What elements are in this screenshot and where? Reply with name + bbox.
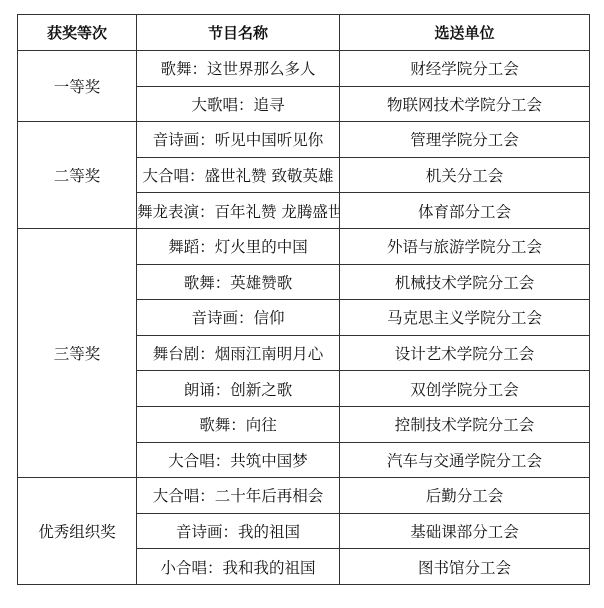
unit-cell: 财经学院分工会: [340, 51, 590, 87]
unit-cell: 物联网技术学院分工会: [340, 86, 590, 122]
program-cell: 歌舞：这世界那么多人: [137, 51, 340, 87]
program-cell: 朗诵：创新之歌: [137, 371, 340, 407]
program-cell: 舞蹈：灯火里的中国: [137, 228, 340, 264]
program-cell: 音诗画：我的祖国: [137, 513, 340, 549]
header-row: 获奖等次 节目名称 选送单位: [18, 15, 590, 51]
program-cell: 大合唱：二十年后再相会: [137, 478, 340, 514]
awards-table: 获奖等次 节目名称 选送单位 一等奖 歌舞：这世界那么多人 财经学院分工会 大歌…: [17, 14, 590, 585]
unit-cell: 控制技术学院分工会: [340, 406, 590, 442]
program-cell: 音诗画：听见中国听见你: [137, 122, 340, 158]
program-cell: 大合唱：盛世礼赞 致敬英雄: [137, 157, 340, 193]
table-row: 三等奖 舞蹈：灯火里的中国 外语与旅游学院分工会: [18, 228, 590, 264]
unit-cell: 图书馆分工会: [340, 549, 590, 585]
unit-cell: 基础课部分工会: [340, 513, 590, 549]
header-award-level: 获奖等次: [18, 15, 137, 51]
unit-cell: 体育部分工会: [340, 193, 590, 229]
program-cell: 歌舞：向往: [137, 406, 340, 442]
unit-cell: 马克思主义学院分工会: [340, 300, 590, 336]
program-cell: 舞台剧：烟雨江南明月心: [137, 335, 340, 371]
award-level-cell: 三等奖: [18, 228, 137, 477]
unit-cell: 汽车与交通学院分工会: [340, 442, 590, 478]
program-cell: 大歌唱：追寻: [137, 86, 340, 122]
unit-cell: 双创学院分工会: [340, 371, 590, 407]
program-cell: 小合唱：我和我的祖国: [137, 549, 340, 585]
program-cell: 音诗画：信仰: [137, 300, 340, 336]
unit-cell: 设计艺术学院分工会: [340, 335, 590, 371]
unit-cell: 机关分工会: [340, 157, 590, 193]
table-row: 一等奖 歌舞：这世界那么多人 财经学院分工会: [18, 51, 590, 87]
unit-cell: 管理学院分工会: [340, 122, 590, 158]
header-program-name: 节目名称: [137, 15, 340, 51]
program-cell: 歌舞：英雄赞歌: [137, 264, 340, 300]
award-level-cell: 二等奖: [18, 122, 137, 229]
header-submitting-unit: 选送单位: [340, 15, 590, 51]
table-row: 优秀组织奖 大合唱：二十年后再相会 后勤分工会: [18, 478, 590, 514]
program-cell: 舞龙表演：百年礼赞 龙腾盛世: [137, 193, 340, 229]
program-cell: 大合唱：共筑中国梦: [137, 442, 340, 478]
award-level-cell: 优秀组织奖: [18, 478, 137, 585]
unit-cell: 后勤分工会: [340, 478, 590, 514]
table-row: 二等奖 音诗画：听见中国听见你 管理学院分工会: [18, 122, 590, 158]
unit-cell: 外语与旅游学院分工会: [340, 228, 590, 264]
award-level-cell: 一等奖: [18, 51, 137, 122]
unit-cell: 机械技术学院分工会: [340, 264, 590, 300]
